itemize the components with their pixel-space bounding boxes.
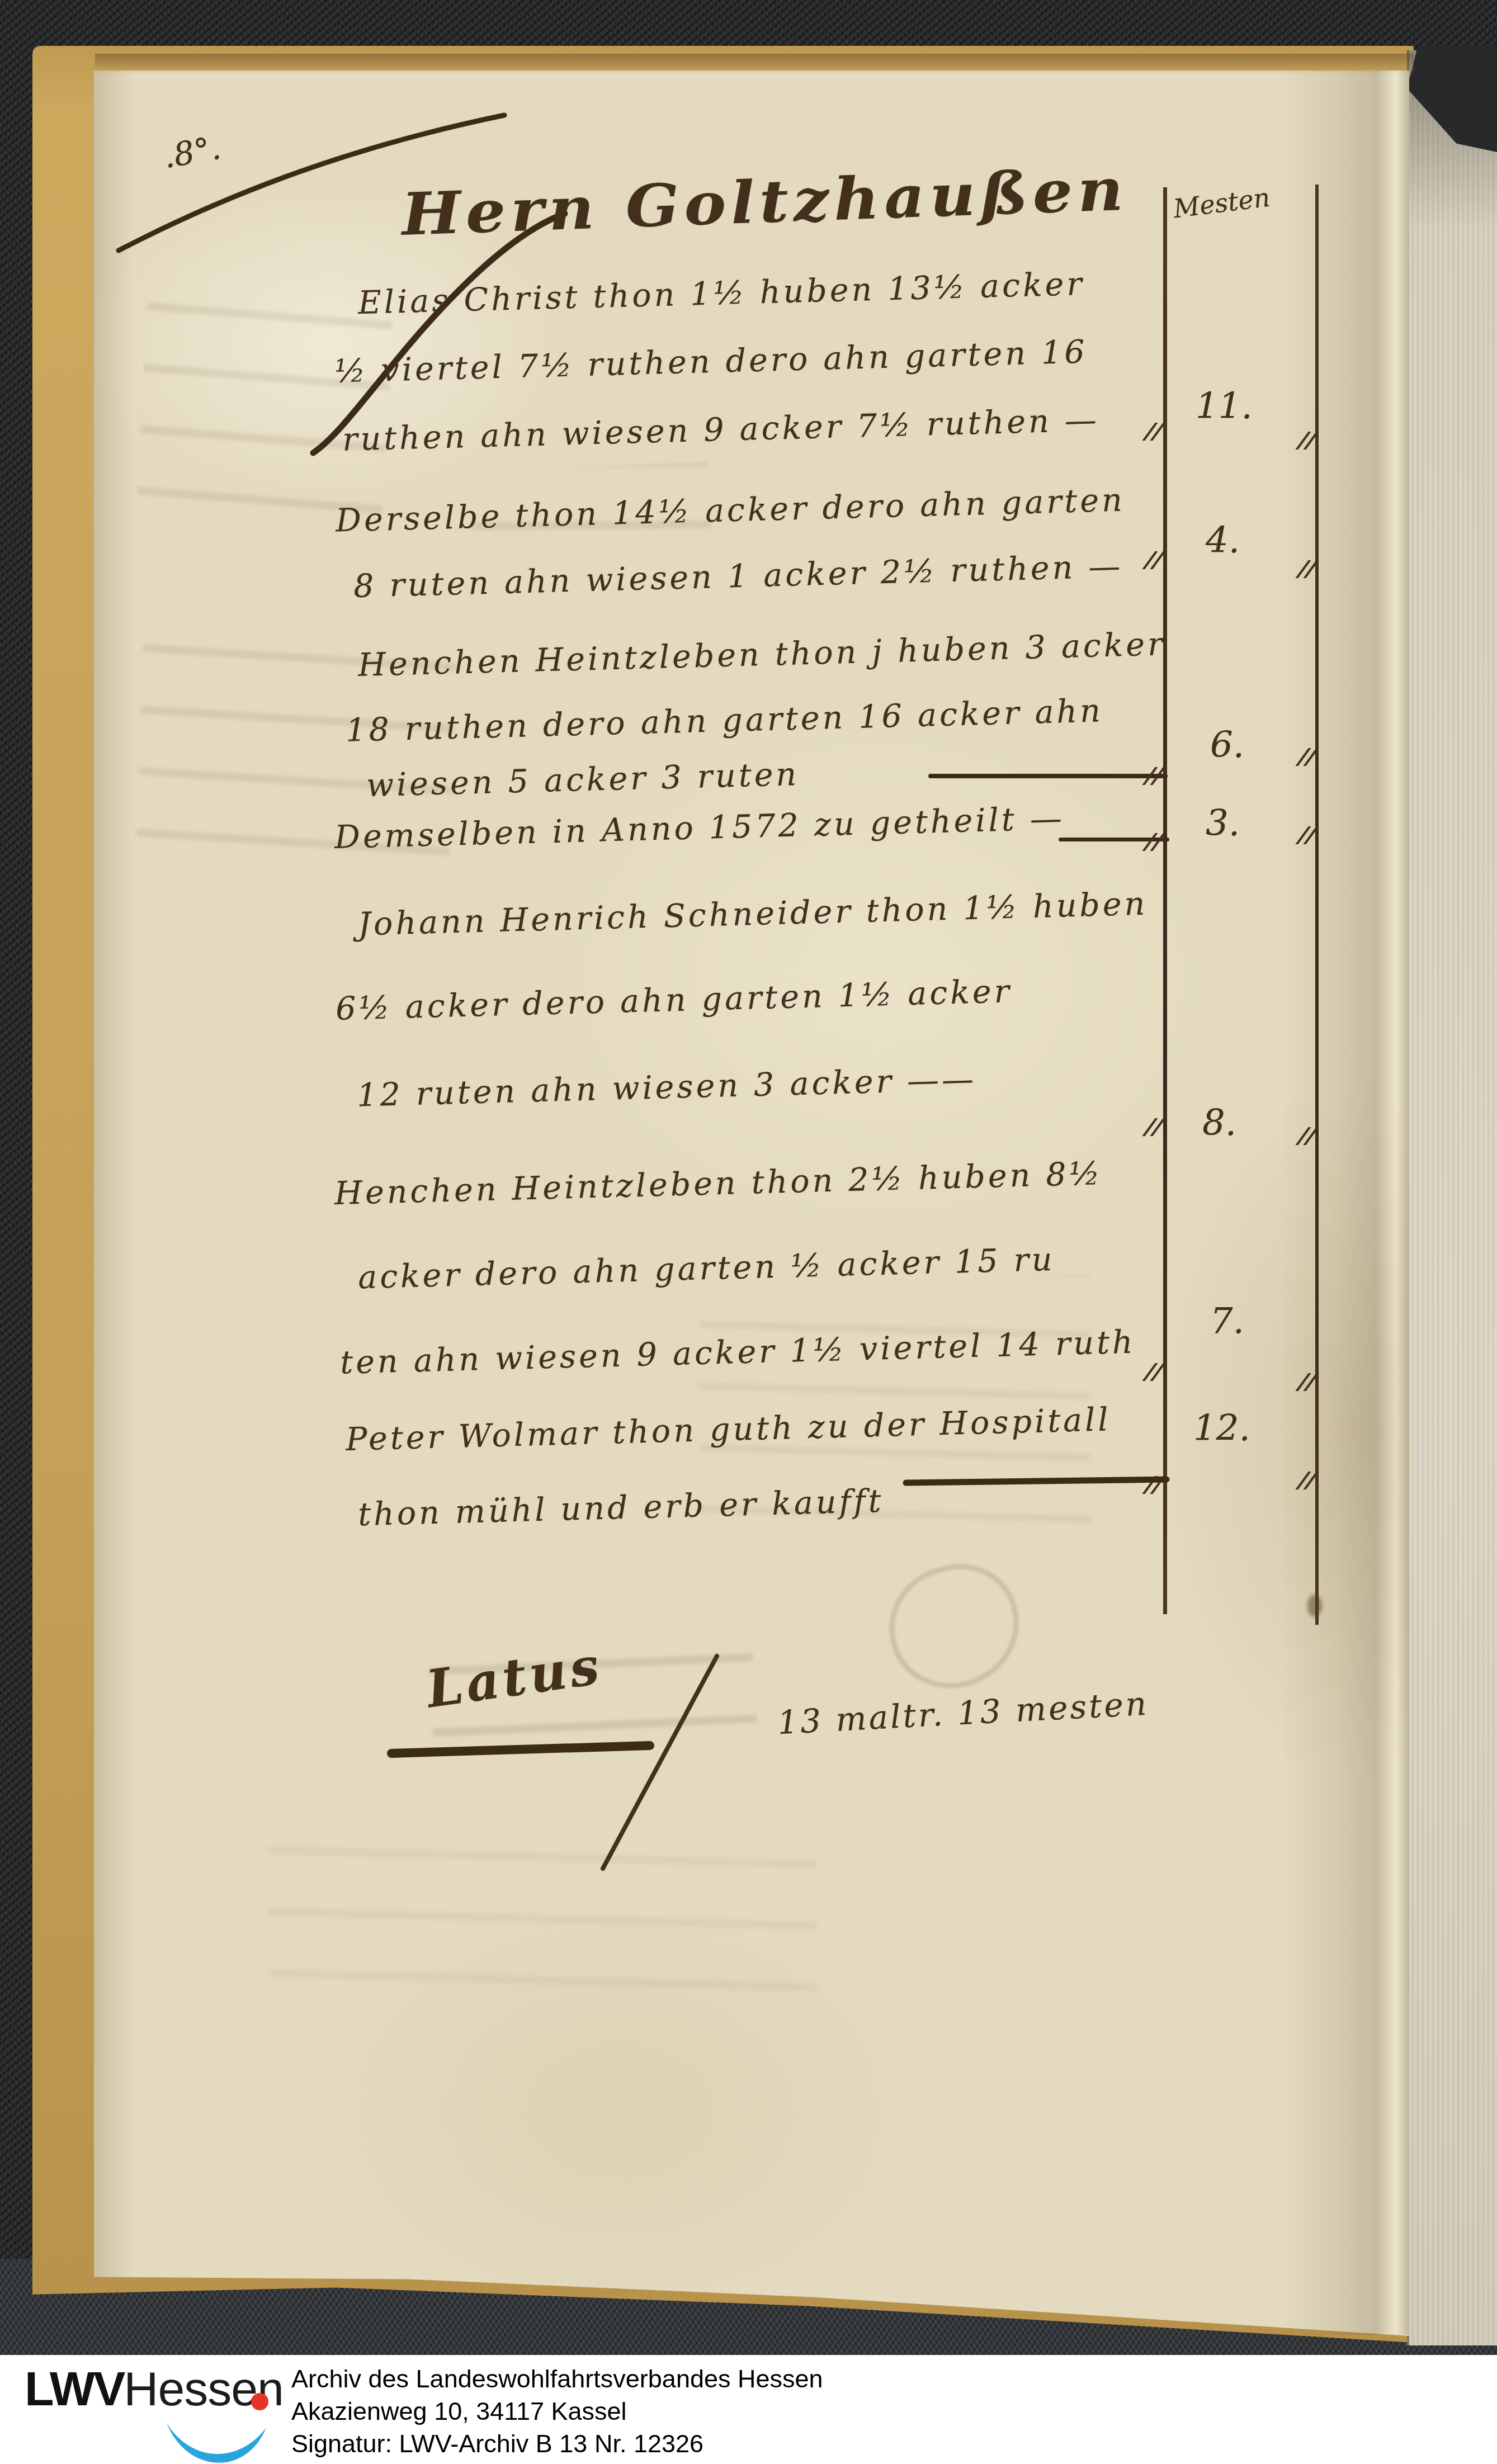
tally-tick — [1302, 560, 1319, 578]
entry-amount: 4. — [1206, 520, 1240, 561]
archive-footer: LWVHessen Archiv des Landeswohlfahrtsver… — [0, 2355, 1497, 2464]
logo-swoosh-icon — [162, 2415, 274, 2464]
tally-tick — [1302, 432, 1319, 450]
right-margin-rule — [1315, 185, 1319, 1625]
logo-text-lwv: LWV — [25, 2362, 124, 2416]
vellum-top-strip — [95, 54, 1414, 74]
lwv-hessen-logo: LWVHessen — [25, 2365, 284, 2413]
tally-tick — [1302, 826, 1319, 844]
tally-tick — [1302, 1127, 1319, 1145]
entry-amount: 7. — [1210, 1300, 1244, 1342]
tally-tick — [1149, 423, 1165, 441]
entry-closing-rule — [928, 774, 1168, 778]
tally-tick — [1149, 1363, 1165, 1381]
ink-smudge — [1307, 1595, 1322, 1617]
entry-amount: 8. — [1202, 1103, 1236, 1144]
footer-signature: Signatur: LWV-Archiv B 13 Nr. 12326 — [291, 2428, 823, 2460]
footer-address: Akazienweg 10, 34117 Kassel — [291, 2395, 823, 2428]
tally-tick — [1149, 551, 1165, 569]
entry-amount: 6. — [1210, 725, 1244, 766]
tally-tick — [1302, 1373, 1319, 1391]
entry-amount: 12. — [1193, 1408, 1250, 1449]
logo-red-dot-icon — [251, 2393, 268, 2410]
tally-tick — [1149, 833, 1165, 851]
footer-archive-name: Archiv des Landeswohlfahrtsverbandes Hes… — [291, 2363, 823, 2395]
tally-tick — [1149, 1118, 1165, 1136]
tally-tick — [1149, 767, 1165, 785]
tally-tick — [1302, 748, 1319, 766]
column-divider-rule — [1163, 187, 1167, 1614]
stacked-page-edges — [1407, 50, 1497, 2345]
entry-amount: 3. — [1206, 803, 1240, 844]
tally-tick — [1302, 1472, 1319, 1489]
entry-amount: 11. — [1196, 386, 1253, 427]
tally-tick — [1149, 1476, 1165, 1494]
